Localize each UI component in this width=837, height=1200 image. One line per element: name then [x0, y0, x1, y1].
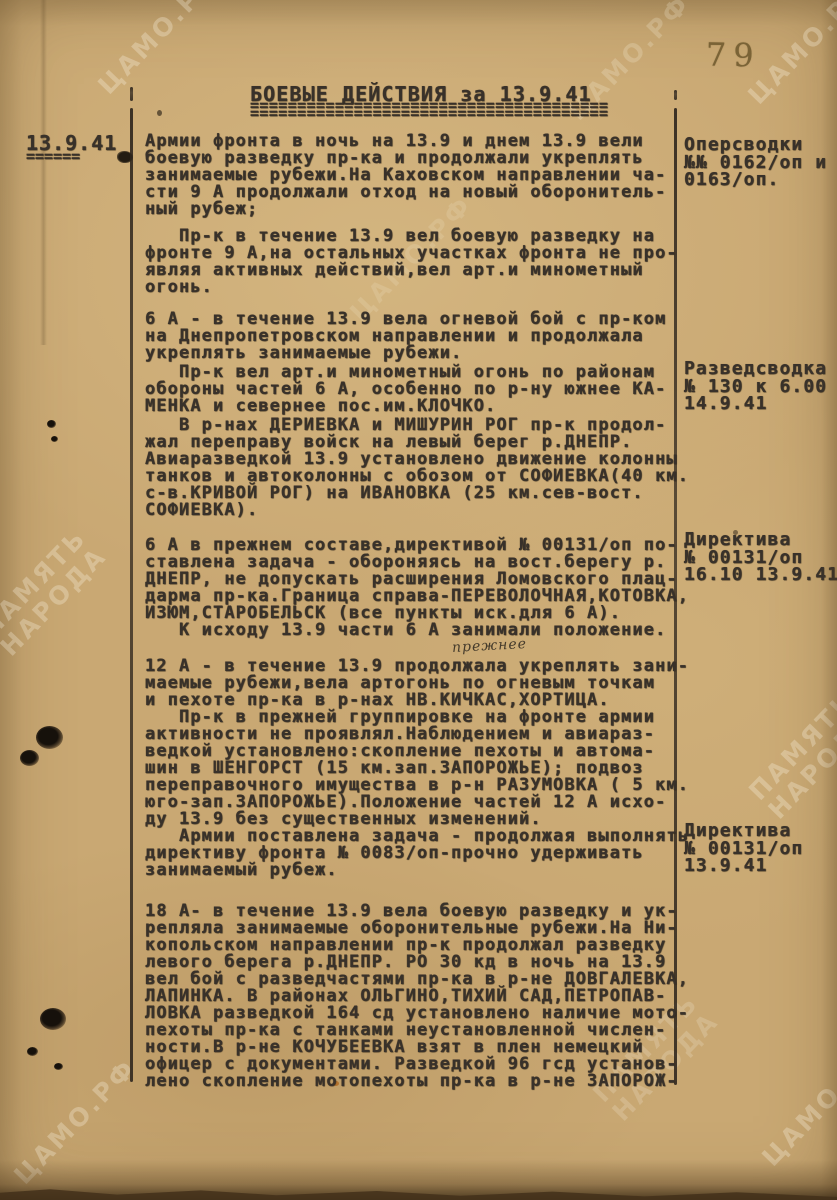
- watermark-text: ПАМЯТЬ НАРОДА: [0, 523, 112, 661]
- body-paragraph-6a-directive: 6 А в прежнем составе,директивой № 00131…: [145, 537, 693, 639]
- punch-hole: [20, 750, 39, 766]
- column-rule-left: [130, 108, 133, 1082]
- paper-stain: [157, 110, 162, 116]
- margin-note-directive-1: Директива № 00131/оп 16.10 13.9.41: [684, 531, 836, 584]
- handwritten-insertion: прежнее: [452, 636, 528, 656]
- body-paragraph-12a: 12 А - в течение 13.9 продолжала укрепля…: [145, 658, 693, 879]
- punch-hole: [27, 1047, 38, 1056]
- body-paragraph-front-armies: Армии фронта в ночь на 13.9 и днем 13.9 …: [145, 133, 693, 218]
- punch-hole: [54, 1063, 63, 1070]
- margin-note-directive-2: Директива № 00131/оп 13.9.41: [684, 822, 836, 875]
- punch-hole: [47, 420, 56, 428]
- margin-note-opersvodki: Оперсводки №№ 0162/оп и 0163/оп.: [684, 136, 836, 189]
- handwritten-page-number: 79: [706, 36, 761, 75]
- body-paragraph-6a: 6 А - в течение 13.9 вела огневой бой с …: [145, 311, 693, 362]
- column-rule-right-dash: [674, 90, 677, 100]
- title-underline: ======================================: [250, 109, 608, 117]
- margin-date-underline: ======: [26, 152, 80, 160]
- body-paragraph-18a: 18 А- в течение 13.9 вела боевую разведк…: [145, 903, 693, 1090]
- column-rule-left-dash: [130, 87, 133, 101]
- body-paragraph-6a-enemy-fire: Пр-к вел арт.и минометный огонь по район…: [145, 364, 693, 415]
- scan-edge-shadow: [821, 0, 837, 1200]
- watermark-text: ЦАМО.РФ: [93, 0, 225, 99]
- scanned-document-page: ЦАМО.РФ ЦАМО.РФ ПАМЯТЬ НАРОДА ЦАМО.РФ ПА…: [0, 0, 837, 1200]
- punch-hole: [40, 1008, 66, 1030]
- paper-crease: [40, 0, 47, 345]
- body-paragraph-enemy-recon: Пр-к в течение 13.9 вел боевую разведку …: [145, 228, 693, 296]
- punch-hole: [51, 436, 58, 442]
- punch-hole: [36, 726, 63, 749]
- margin-note-razvedsvodka: Разведсводка № 130 к 6.00 14.9.41: [684, 360, 836, 413]
- body-paragraph-crossings: В р-нах ДЕРИЕВКА и МИШУРИН РОГ пр-к прод…: [145, 417, 693, 519]
